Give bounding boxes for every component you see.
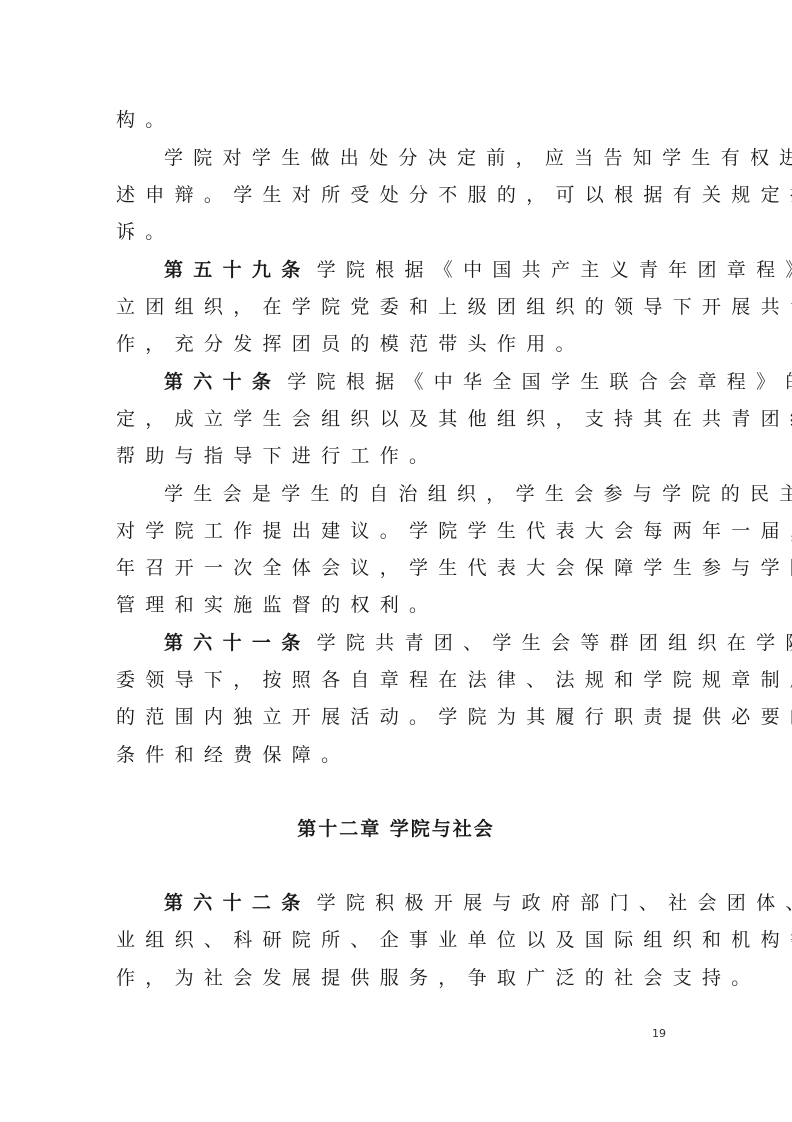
paragraph-line: 业组织、科研院所、企事业单位以及国际组织和机构等的合	[116, 928, 676, 952]
article-number: 第六十二条	[164, 892, 311, 914]
article-62-first-line: 第六十二条 学院积极开展与政府部门、社会团体、行	[164, 891, 724, 915]
paragraph-line: 管理和实施监督的权利。	[116, 593, 676, 617]
paragraph-line: 条件和经费保障。	[116, 743, 676, 767]
paragraph-line: 构。	[116, 108, 676, 132]
paragraph-line: 述申辩。学生对所受处分不服的，可以根据有关规定提出申	[116, 183, 676, 207]
article-number: 第六十条	[164, 371, 281, 393]
paragraph-line: 立团组织，在学院党委和上级团组织的领导下开展共青团工	[116, 295, 676, 319]
article-text: 学院积极开展与政府部门、社会团体、行	[317, 892, 792, 914]
article-text: 学院共青团、学生会等群团组织在学院党	[317, 632, 792, 654]
article-59-first-line: 第五十九条 学院根据《中国共产主义青年团章程》成	[164, 258, 724, 282]
article-text: 学院根据《中国共产主义青年团章程》成	[317, 259, 792, 281]
page-number: 19	[652, 1027, 666, 1040]
paragraph-line: 作，为社会发展提供服务，争取广泛的社会支持。	[116, 966, 676, 990]
article-number: 第六十一条	[164, 632, 311, 654]
document-page: 构。 学院对学生做出处分决定前，应当告知学生有权进行陈 述申辩。学生对所受处分不…	[0, 0, 792, 1122]
paragraph-line: 年召开一次全体会议，学生代表大会保障学生参与学院民主	[116, 556, 676, 580]
article-number: 第五十九条	[164, 259, 311, 281]
paragraph-line: 的范围内独立开展活动。学院为其履行职责提供必要的工作	[116, 705, 676, 729]
paragraph-line: 帮助与指导下进行工作。	[116, 444, 676, 468]
article-text: 学院根据《中华全国学生联合会章程》的规	[287, 371, 792, 393]
paragraph-line: 学院对学生做出处分决定前，应当告知学生有权进行陈	[164, 146, 724, 170]
paragraph-line: 作，充分发挥团员的模范带头作用。	[116, 332, 676, 356]
paragraph-line: 委领导下，按照各自章程在法律、法规和学院规章制度规定	[116, 668, 676, 692]
article-60-first-line: 第六十条 学院根据《中华全国学生联合会章程》的规	[164, 370, 724, 394]
article-61-first-line: 第六十一条 学院共青团、学生会等群团组织在学院党	[164, 631, 724, 655]
paragraph-line: 学生会是学生的自治组织，学生会参与学院的民主管理，	[164, 482, 724, 506]
paragraph-line: 诉。	[116, 220, 676, 244]
paragraph-line: 对学院工作提出建议。学院学生代表大会每两年一届，每学	[116, 519, 676, 543]
paragraph-line: 定，成立学生会组织以及其他组织，支持其在共青团组织的	[116, 407, 676, 431]
chapter-heading: 第十二章 学院与社会	[0, 817, 792, 841]
